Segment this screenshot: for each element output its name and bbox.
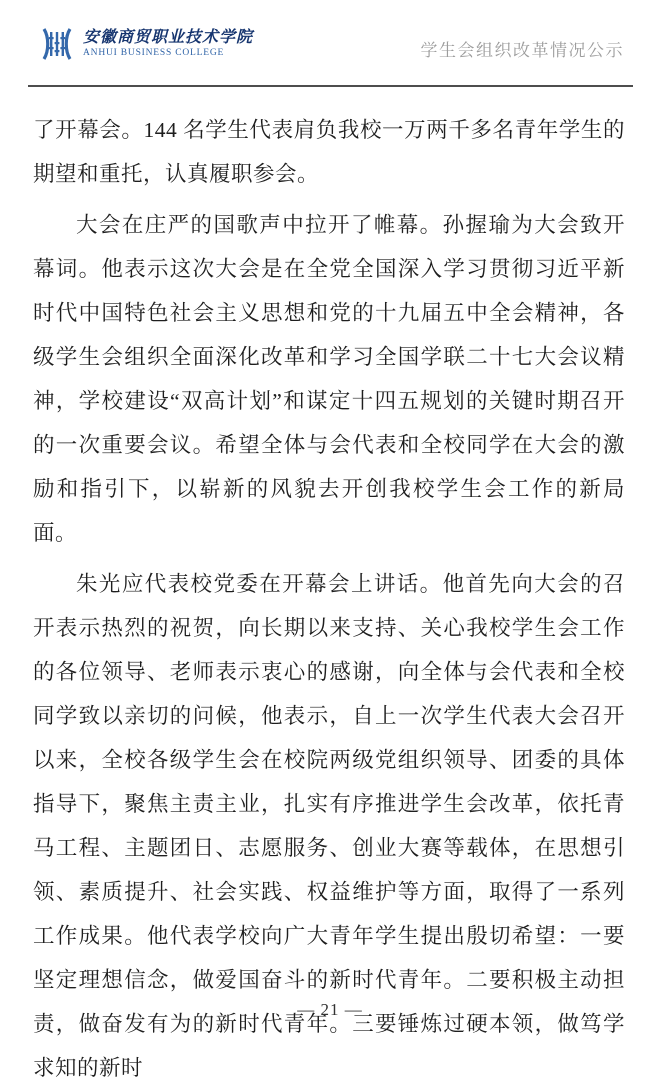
- page-number: — 21 —: [297, 1000, 363, 1019]
- college-logo-text: 安徽商贸职业技术学院 ANHUI BUSINESS COLLEGE: [83, 29, 253, 58]
- header-divider: [28, 85, 633, 87]
- header-section-title: 学生会组织改革情况公示: [421, 36, 625, 62]
- body-paragraph-2: 大会在庄严的国歌声中拉开了帷幕。孙握瑜为大会致开幕词。他表示这次大会是在全党全国…: [33, 203, 625, 555]
- college-name-en: ANHUI BUSINESS COLLEGE: [83, 48, 253, 59]
- document-body: 了开幕会。144 名学生代表肩负我校一万两千多名青年学生的期望和重托，认真履职参…: [33, 108, 625, 1091]
- college-name-cn: 安徽商贸职业技术学院: [83, 29, 253, 47]
- college-logo-icon: [38, 26, 76, 62]
- college-logo: 安徽商贸职业技术学院 ANHUI BUSINESS COLLEGE: [38, 26, 253, 62]
- body-paragraph-1: 了开幕会。144 名学生代表肩负我校一万两千多名青年学生的期望和重托，认真履职参…: [33, 108, 625, 196]
- document-page: 安徽商贸职业技术学院 ANHUI BUSINESS COLLEGE 学生会组织改…: [0, 0, 660, 1091]
- page-header: 安徽商贸职业技术学院 ANHUI BUSINESS COLLEGE 学生会组织改…: [38, 26, 624, 62]
- page-footer: — 21 —: [0, 1000, 660, 1020]
